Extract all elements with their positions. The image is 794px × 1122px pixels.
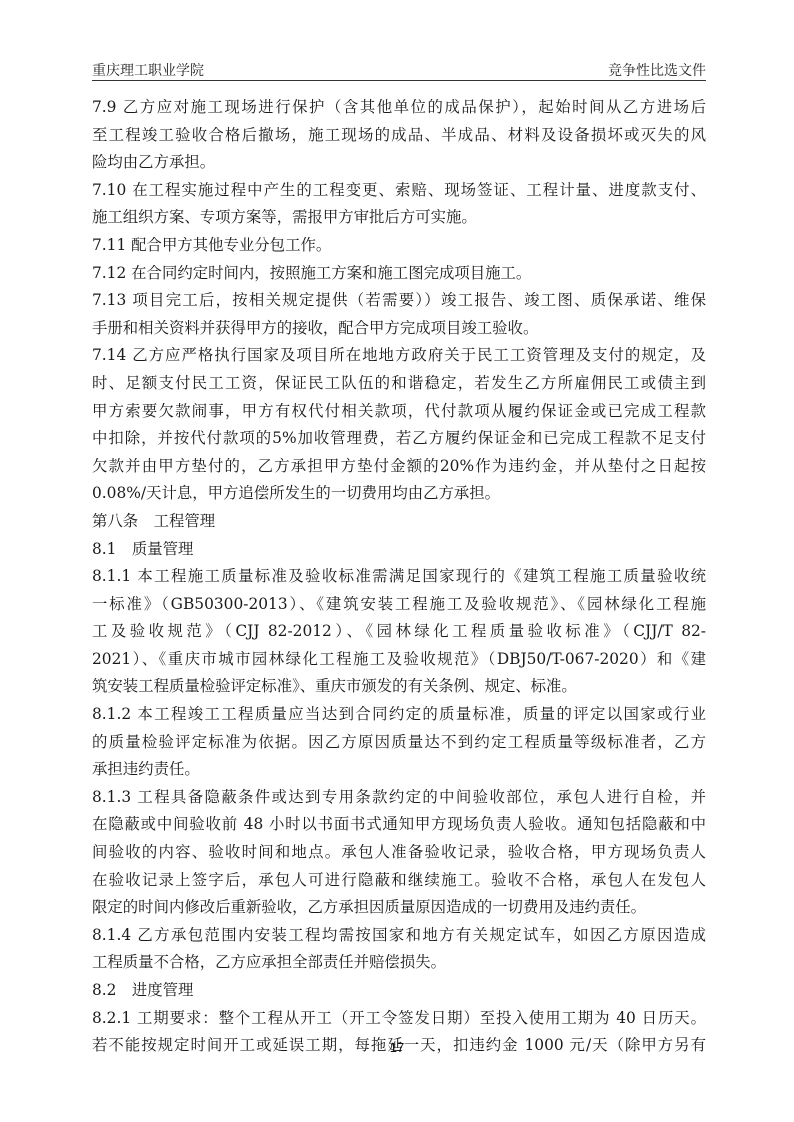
text-line: 2021）、《重庆市城市园林绿化工程施工及验收规范》（DBJ50/T-067-2…: [92, 646, 706, 674]
text-line: 手册和相关资料并获得甲方的接收，配合甲方完成项目竣工验收。: [92, 315, 706, 343]
text-line: 施工组织方案、专项方案等，需报甲方审批后方可实施。: [92, 204, 706, 232]
text-line: 7.13 项目完工后，按相关规定提供（若需要））竣工报告、竣工图、质保承诺、维保: [92, 287, 706, 315]
text-line: 7.12 在合同约定时间内，按照施工方案和施工图完成项目施工。: [92, 260, 706, 288]
text-line: 限定的时间内修改后重新验收，乙方承担因质量原因造成的一切费用及违约责任。: [92, 894, 706, 922]
page-number: 17: [0, 1040, 794, 1055]
text-line: 甲方索要欠款闹事，甲方有权代付相关款项，代付款项从履约保证金或已完成工程款: [92, 398, 706, 426]
text-line: 7.9 乙方应对施工现场进行保护（含其他单位的成品保护），起始时间从乙方进场后: [92, 94, 706, 122]
text-line: 8.2 进度管理: [92, 977, 706, 1005]
text-line: 在隐蔽或中间验收前 48 小时以书面书式通知甲方现场负责人验收。通知包括隐蔽和中: [92, 811, 706, 839]
text-line: 在验收记录上签字后，承包人可进行隐蔽和继续施工。验收不合格，承包人在发包人: [92, 867, 706, 895]
text-line: 0.08%/天计息，甲方追偿所发生的一切费用均由乙方承担。: [92, 480, 706, 508]
text-line: 第八条 工程管理: [92, 508, 706, 536]
text-line: 时、足额支付民工工资，保证民工队伍的和谐稳定，若发生乙方所雇佣民工或债主到: [92, 370, 706, 398]
text-line: 间验收的内容、验收时间和地点。承包人准备验收记录，验收合格，甲方现场负责人: [92, 839, 706, 867]
text-line: 工程质量不合格，乙方应承担全部责任并赔偿损失。: [92, 949, 706, 977]
text-line: 8.1.3 工程具备隐蔽条件或达到专用条款约定的中间验收部位，承包人进行自检，并: [92, 784, 706, 812]
text-line: 7.11 配合甲方其他专业分包工作。: [92, 232, 706, 260]
text-line: 7.10 在工程实施过程中产生的工程变更、索赔、现场签证、工程计量、进度款支付、: [92, 177, 706, 205]
text-line: 中扣除，并按代付款项的5%加收管理费，若乙方履约保证金和已完成工程款不足支付: [92, 425, 706, 453]
text-line: 8.2.1 工期要求：整个工程从开工（开工令签发日期）至投入使用工期为 40 日…: [92, 1005, 706, 1033]
text-line: 承担违约责任。: [92, 756, 706, 784]
text-line: 筑安装工程质量检验评定标准》、重庆市颁发的有关条例、规定、标准。: [92, 673, 706, 701]
text-line: 的质量检验评定标准为依据。因乙方原因质量达不到约定工程质量等级标准者，乙方: [92, 729, 706, 757]
text-line: 工及验收规范》（CJJ 82-2012）、《园林绿化工程质量验收标准》（CJJ/…: [92, 618, 706, 646]
text-line: 8.1 质量管理: [92, 536, 706, 564]
text-line: 8.1.4 乙方承包范围内安装工程均需按国家和地方有关规定试车，如因乙方原因造成: [92, 922, 706, 950]
document-body: 7.9 乙方应对施工现场进行保护（含其他单位的成品保护），起始时间从乙方进场后至…: [92, 94, 706, 1060]
page-header: 重庆理工职业学院 竞争性比选文件: [92, 58, 706, 81]
header-institution: 重庆理工职业学院: [92, 60, 204, 80]
text-line: 一标准》（GB50300-2013）、《建筑安装工程施工及验收规范》、《园林绿化…: [92, 591, 706, 619]
header-document-type: 竞争性比选文件: [608, 60, 706, 80]
text-line: 7.14 乙方应严格执行国家及项目所在地地方政府关于民工工资管理及支付的规定，及: [92, 342, 706, 370]
text-line: 8.1.2 本工程竣工工程质量应当达到合同约定的质量标准，质量的评定以国家或行业: [92, 701, 706, 729]
text-line: 欠款并由甲方垫付的，乙方承担甲方垫付金额的20%作为违约金，并从垫付之日起按: [92, 453, 706, 481]
text-line: 8.1.1 本工程施工质量标准及验收标准需满足国家现行的《建筑工程施工质量验收统: [92, 563, 706, 591]
text-line: 至工程竣工验收合格后撤场，施工现场的成品、半成品、材料及设备损坏或灭失的风: [92, 122, 706, 150]
text-line: 险均由乙方承担。: [92, 149, 706, 177]
